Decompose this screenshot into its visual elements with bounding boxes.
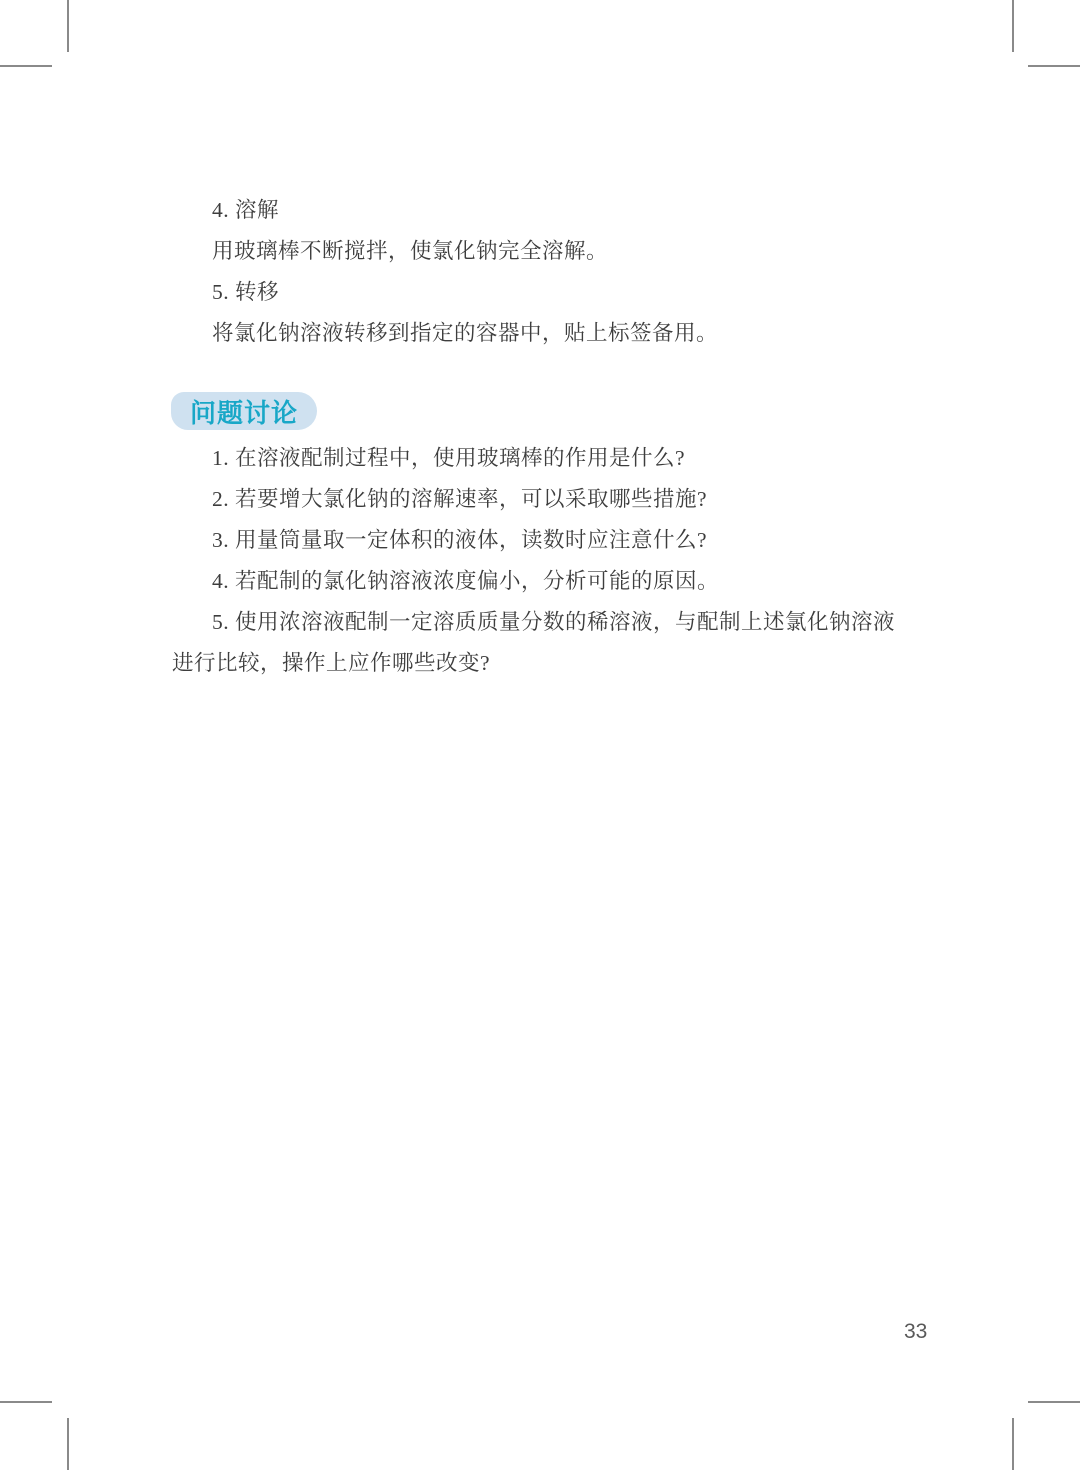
crop-mark-top-left-horizontal (0, 65, 52, 67)
crop-mark-bottom-left-vertical (67, 1418, 69, 1470)
step-paragraph: 将氯化钠溶液转移到指定的容器中，贴上标签备用。 (172, 313, 909, 354)
discussion-question: 2. 若要增大氯化钠的溶解速率，可以采取哪些措施? (172, 479, 909, 520)
discussion-badge-label: 问题讨论 (190, 393, 298, 430)
crop-mark-top-right-horizontal (1028, 65, 1080, 67)
crop-mark-top-right-vertical (1012, 0, 1014, 52)
crop-mark-bottom-left-horizontal (0, 1401, 52, 1403)
textbook-page: 4. 溶解 用玻璃棒不断搅拌，使氯化钠完全溶解。 5. 转移 将氯化钠溶液转移到… (0, 0, 1080, 1470)
discussion-questions-list: 1. 在溶液配制过程中，使用玻璃棒的作用是什么? 2. 若要增大氯化钠的溶解速率… (172, 438, 909, 684)
discussion-question: 3. 用量筒量取一定体积的液体，读数时应注意什么? (172, 520, 909, 561)
crop-mark-top-left-vertical (67, 0, 69, 52)
crop-mark-bottom-right-horizontal (1028, 1401, 1080, 1403)
discussion-question: 5. 使用浓溶液配制一定溶质质量分数的稀溶液，与配制上述氯化钠溶液进行比较，操作… (172, 602, 909, 684)
procedure-steps-section: 4. 溶解 用玻璃棒不断搅拌，使氯化钠完全溶解。 5. 转移 将氯化钠溶液转移到… (172, 190, 909, 354)
discussion-question: 4. 若配制的氯化钠溶液浓度偏小，分析可能的原因。 (172, 561, 909, 602)
step-heading: 4. 溶解 (172, 190, 909, 231)
discussion-section-badge: 问题讨论 (171, 392, 317, 430)
crop-mark-bottom-right-vertical (1012, 1418, 1014, 1470)
page-number: 33 (904, 1320, 927, 1344)
step-heading: 5. 转移 (172, 272, 909, 313)
step-paragraph: 用玻璃棒不断搅拌，使氯化钠完全溶解。 (172, 231, 909, 272)
discussion-question: 1. 在溶液配制过程中，使用玻璃棒的作用是什么? (172, 438, 909, 479)
